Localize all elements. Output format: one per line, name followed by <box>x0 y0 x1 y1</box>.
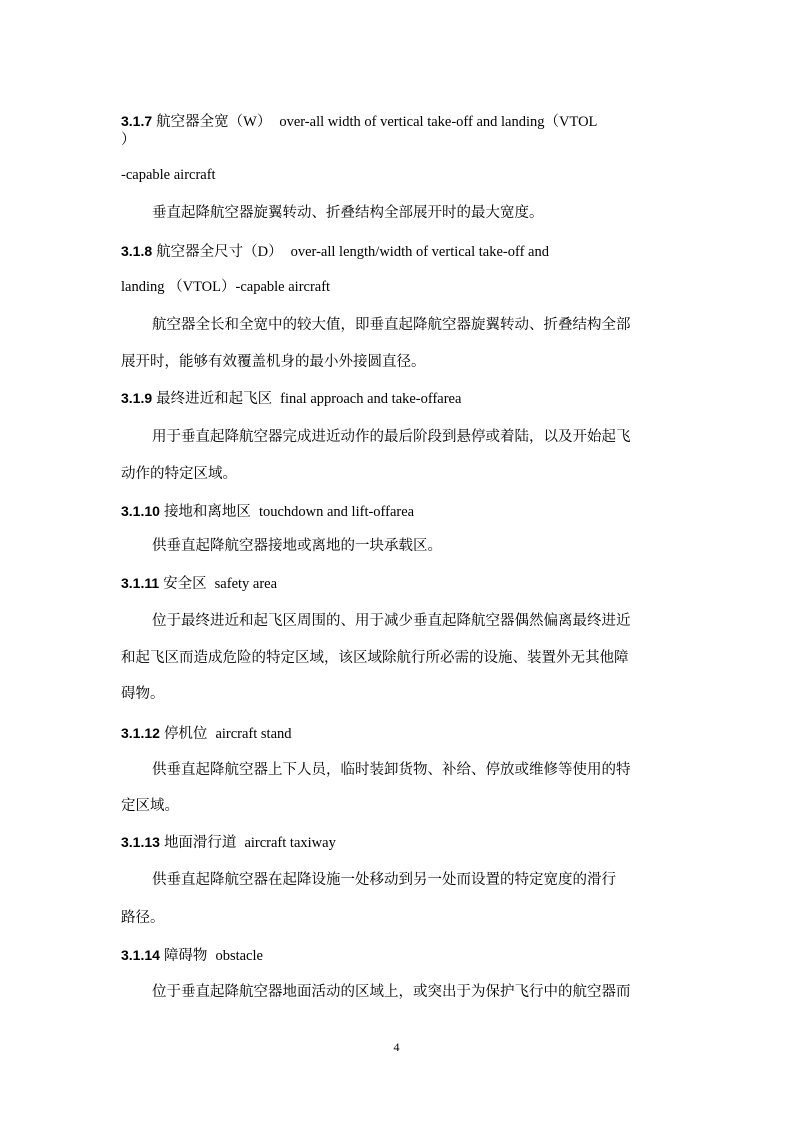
term-en-continuation: ） <box>121 131 136 149</box>
term-heading-3-1-12: 3.1.12停机位aircraft stand <box>121 724 292 743</box>
term-heading-3-1-10: 3.1.10接地和离地区touchdown and lift-offarea <box>121 502 414 521</box>
term-number: 3.1.7 <box>121 113 152 129</box>
term-en: aircraft stand <box>215 726 291 742</box>
term-heading-3-1-8: 3.1.8航空器全尺寸（D）over-all length/width of v… <box>121 242 549 261</box>
term-zh: 航空器全尺寸（D） <box>156 244 282 260</box>
page-number: 4 <box>0 1040 793 1055</box>
term-number: 3.1.11 <box>121 575 159 591</box>
term-zh: 接地和离地区 <box>164 504 251 520</box>
term-zh: 停机位 <box>164 726 208 742</box>
term-heading-3-1-9: 3.1.9最终进近和起飞区final approach and take-off… <box>121 389 461 408</box>
term-en: touchdown and lift-offarea <box>259 504 414 520</box>
term-heading-3-1-14: 3.1.14障碍物obstacle <box>121 946 263 965</box>
term-heading-3-1-13: 3.1.13地面滑行道aircraft taxiway <box>121 833 336 852</box>
term-number: 3.1.12 <box>121 725 160 741</box>
term-number: 3.1.9 <box>121 390 152 406</box>
term-en: obstacle <box>215 948 263 964</box>
definition-text: 碍物。 <box>121 685 165 703</box>
definition-text: 供垂直起降航空器上下人员，临时装卸货物、补给、停放或维修等使用的特 <box>152 761 631 779</box>
term-zh: 地面滑行道 <box>164 835 237 851</box>
term-en-continuation: -capable aircraft <box>121 166 216 184</box>
term-number: 3.1.14 <box>121 947 160 963</box>
term-zh: 障碍物 <box>164 948 208 964</box>
definition-text: 位于最终进近和起飞区周围的、用于减少垂直起降航空器偶然偏离最终进近 <box>152 612 631 630</box>
term-heading-3-1-7: 3.1.7航空器全宽（W）over-all width of vertical … <box>121 112 597 131</box>
term-en: final approach and take-offarea <box>280 391 461 407</box>
definition-text: 垂直起降航空器旋翼转动、折叠结构全部展开时的最大宽度。 <box>152 204 544 222</box>
term-heading-3-1-11: 3.1.11安全区safety area <box>121 574 277 593</box>
definition-text: 展开时，能够有效覆盖机身的最小外接圆直径。 <box>121 353 426 371</box>
term-zh: 航空器全宽（W） <box>156 114 271 130</box>
definition-text: 位于垂直起降航空器地面活动的区域上，或突出于为保护飞行中的航空器而 <box>152 983 631 1001</box>
term-en: over-all length/width of vertical take-o… <box>291 244 549 260</box>
definition-text: 航空器全长和全宽中的较大值，即垂直起降航空器旋翼转动、折叠结构全部 <box>152 316 631 334</box>
term-zh: 最终进近和起飞区 <box>156 391 272 407</box>
definition-text: 供垂直起降航空器在起降设施一处移动到另一处而设置的特定宽度的滑行 <box>152 871 616 889</box>
definition-text: 路径。 <box>121 909 165 927</box>
term-en: over-all width of vertical take-off and … <box>279 114 597 130</box>
definition-text: 定区域。 <box>121 797 179 815</box>
term-en-continuation: landing （VTOL）-capable aircraft <box>121 278 330 296</box>
term-number: 3.1.13 <box>121 834 160 850</box>
definition-text: 供垂直起降航空器接地或离地的一块承载区。 <box>152 537 442 555</box>
term-number: 3.1.8 <box>121 243 152 259</box>
term-en: safety area <box>215 576 277 592</box>
definition-text: 动作的特定区域。 <box>121 465 237 483</box>
term-en: aircraft taxiway <box>244 835 335 851</box>
definition-text: 用于垂直起降航空器完成进近动作的最后阶段到悬停或着陆，以及开始起飞 <box>152 428 631 446</box>
definition-text: 和起飞区而造成危险的特定区域，该区域除航行所必需的设施、装置外无其他障 <box>121 649 629 667</box>
term-number: 3.1.10 <box>121 503 160 519</box>
term-zh: 安全区 <box>163 576 207 592</box>
